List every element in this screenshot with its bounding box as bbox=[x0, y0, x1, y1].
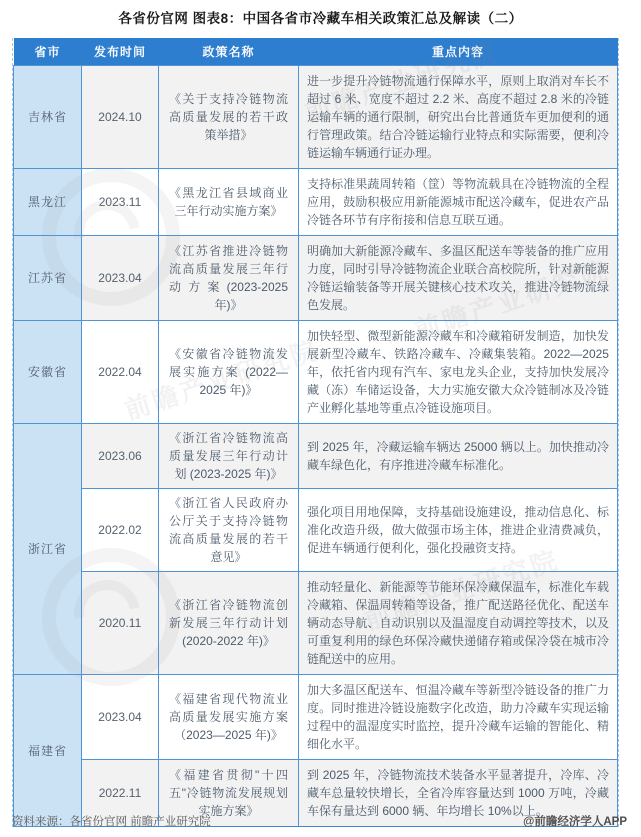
date-cell: 2023.11 bbox=[82, 169, 159, 236]
key-content-cell: 明确加大新能源冷藏车、多温区配送车等装备的推广应用力度，同时引导冷链物流企业联合… bbox=[299, 236, 618, 321]
policy-name-cell: 《浙江省冷链物流高质量发展三年行动计划 (2023-2025 年)》 bbox=[159, 424, 299, 489]
key-content-cell: 加快轻型、微型新能源冷藏车和冷藏箱研发制造，加快发展新型冷藏车、铁路冷藏车、冷藏… bbox=[299, 321, 618, 424]
policy-name-cell: 《黑龙江省县域商业三年行动实施方案》 bbox=[159, 169, 299, 236]
date-cell: 2023.04 bbox=[82, 236, 159, 321]
publisher-credit: @前瞻经济学人APP bbox=[523, 813, 627, 829]
key-content-cell: 加大多温区配送车、恒温冷藏车等新型冷链设备的推广力度。同时推进冷链设施数字化改造… bbox=[299, 675, 618, 760]
footer: 资料来源：各省份官网 前瞻产业研究院 @前瞻经济学人APP bbox=[12, 813, 627, 829]
key-content-cell: 强化项目用地保障，支持基础设施建设，推动信息化、标准化改造升级，做大做强市场主体… bbox=[299, 489, 618, 572]
province-cell-2: 江苏省 bbox=[14, 236, 82, 321]
column-header-3: 重点内容 bbox=[299, 38, 618, 66]
table-header-row: 省市发布时间政策名称重点内容 bbox=[14, 38, 618, 66]
table-row: 2022.02《浙江省人民政府办公厅关于支持冷链物流高质量发展的若干意见》强化项… bbox=[14, 489, 618, 572]
key-content-cell: 推动轻量化、新能源等节能环保冷藏保温车，标准化车载冷藏箱、保温周转箱等设备，推广… bbox=[299, 572, 618, 675]
column-header-2: 政策名称 bbox=[159, 38, 299, 66]
table-row: 福建省2023.04《福建省现代物流业高质量发展实施方案（2023—2025 年… bbox=[14, 675, 618, 760]
policy-name-cell: 《江苏省推进冷链物流高质量发展三年行动方案(2023-2025 年)》 bbox=[159, 236, 299, 321]
key-content-cell: 到 2025 年，冷藏运输车辆达 25000 辆以上。加快推动冷藏车绿色化，有序… bbox=[299, 424, 618, 489]
key-content-cell: 进一步提升冷链物流通行保障水平，原则上取消对车长不超过 6 米、宽度不超过 2.… bbox=[299, 66, 618, 169]
table-row: 江苏省2023.04《江苏省推进冷链物流高质量发展三年行动方案(2023-202… bbox=[14, 236, 618, 321]
policy-name-cell: 《浙江省人民政府办公厅关于支持冷链物流高质量发展的若干意见》 bbox=[159, 489, 299, 572]
data-source-note: 资料来源：各省份官网 前瞻产业研究院 bbox=[12, 813, 211, 829]
table-row: 浙江省2023.06《浙江省冷链物流高质量发展三年行动计划 (2023-2025… bbox=[14, 424, 618, 489]
province-cell-1: 黑龙江 bbox=[14, 169, 82, 236]
date-cell: 2024.10 bbox=[82, 66, 159, 169]
province-cell-4: 浙江省 bbox=[14, 424, 82, 675]
table-row: 黑龙江2023.11《黑龙江省县域商业三年行动实施方案》支持标准果蔬周转箱（筐）… bbox=[14, 169, 618, 236]
date-cell: 2023.06 bbox=[82, 424, 159, 489]
date-cell: 2020.11 bbox=[82, 572, 159, 675]
policy-table-container: 省市发布时间政策名称重点内容 吉林省2024.10《关于支持冷链物流高质量发展的… bbox=[12, 38, 619, 827]
table-row: 2020.11《浙江省冷链物流创新发展三年行动计划 (2020-2022 年)》… bbox=[14, 572, 618, 675]
policy-name-cell: 《浙江省冷链物流创新发展三年行动计划 (2020-2022 年)》 bbox=[159, 572, 299, 675]
policy-name-cell: 《福建省现代物流业高质量发展实施方案（2023—2025 年)》 bbox=[159, 675, 299, 760]
province-cell-3: 安徽省 bbox=[14, 321, 82, 424]
date-cell: 2023.04 bbox=[82, 675, 159, 760]
column-header-1: 发布时间 bbox=[82, 38, 159, 66]
province-cell-0: 吉林省 bbox=[14, 66, 82, 169]
province-cell-5: 福建省 bbox=[14, 675, 82, 827]
date-cell: 2022.02 bbox=[82, 489, 159, 572]
column-header-0: 省市 bbox=[14, 38, 82, 66]
key-content-cell: 支持标准果蔬周转箱（筐）等物流载具在冷链物流的全程应用，鼓励积极应用新能源城市配… bbox=[299, 169, 618, 236]
policy-name-cell: 《关于支持冷链物流高质量发展的若干政策举措》 bbox=[159, 66, 299, 169]
table-row: 安徽省2022.04《安徽省冷链物流发展实施方案 (2022—2025 年)》加… bbox=[14, 321, 618, 424]
policy-table: 省市发布时间政策名称重点内容 吉林省2024.10《关于支持冷链物流高质量发展的… bbox=[13, 38, 618, 827]
policy-name-cell: 《安徽省冷链物流发展实施方案 (2022—2025 年)》 bbox=[159, 321, 299, 424]
page-title: 各省份官网 图表8：中国各省市冷藏车相关政策汇总及解读（二） bbox=[0, 7, 641, 27]
date-cell: 2022.04 bbox=[82, 321, 159, 424]
table-row: 吉林省2024.10《关于支持冷链物流高质量发展的若干政策举措》进一步提升冷链物… bbox=[14, 66, 618, 169]
